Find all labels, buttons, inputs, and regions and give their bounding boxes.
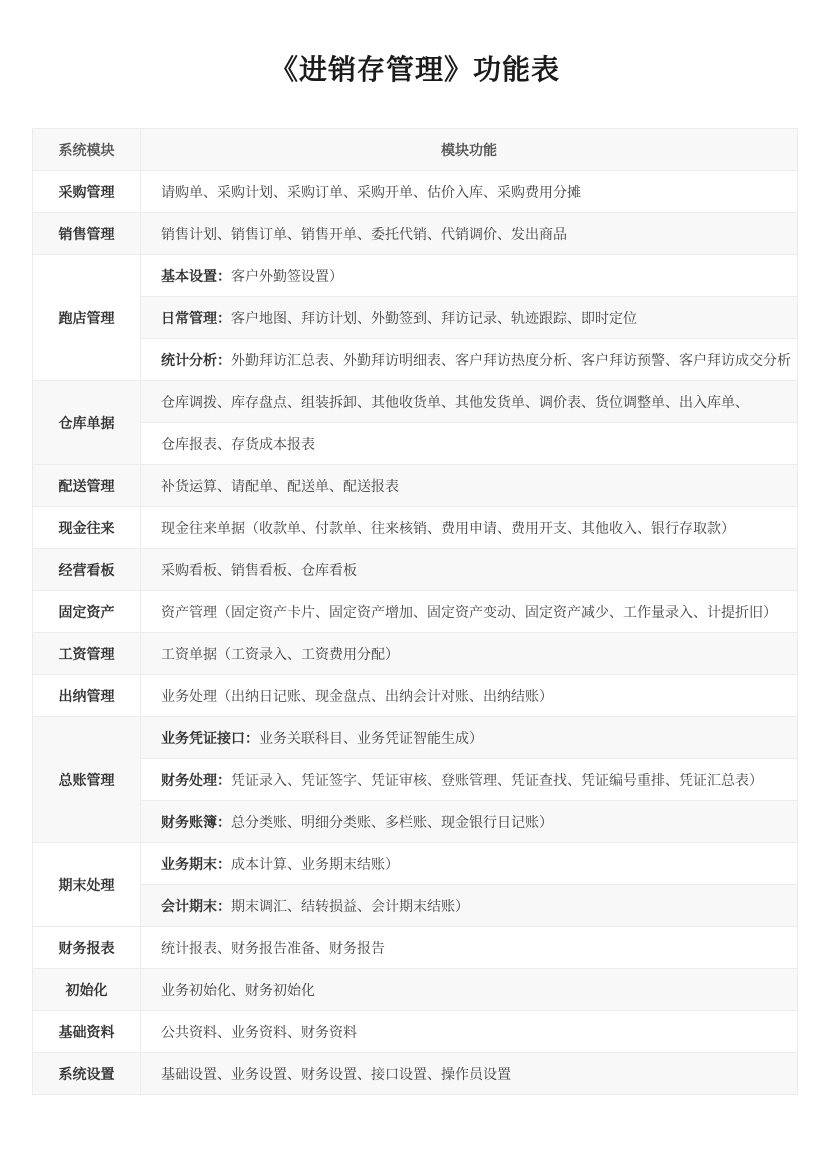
- function-cell: 资产管理（固定资产卡片、固定资产增加、固定资产变动、固定资产减少、工作量录入、计…: [141, 591, 798, 633]
- function-group-label: 日常管理：: [161, 310, 231, 326]
- header-row: 系统模块 模块功能: [33, 129, 798, 171]
- module-cell: 销售管理: [33, 213, 141, 255]
- table-row: 固定资产资产管理（固定资产卡片、固定资产增加、固定资产变动、固定资产减少、工作量…: [33, 591, 798, 633]
- function-text: 业务处理（出纳日记账、现金盘点、出纳会计对账、出纳结账）: [161, 688, 553, 704]
- table-row: 财务处理：凭证录入、凭证签字、凭证审核、登账管理、凭证查找、凭证编号重排、凭证汇…: [33, 759, 798, 801]
- function-cell: 请购单、采购计划、采购订单、采购开单、估价入库、采购费用分摊: [141, 171, 798, 213]
- function-table: 系统模块 模块功能 采购管理请购单、采购计划、采购订单、采购开单、估价入库、采购…: [32, 128, 798, 1095]
- table-head: 系统模块 模块功能: [33, 129, 798, 171]
- function-cell: 补货运算、请配单、配送单、配送报表: [141, 465, 798, 507]
- function-cell: 统计分析：外勤拜访汇总表、外勤拜访明细表、客户拜访热度分析、客户拜访预警、客户拜…: [141, 339, 798, 381]
- function-cell: 会计期末：期末调汇、结转损益、会计期末结账）: [141, 885, 798, 927]
- function-group-label: 财务账簿：: [161, 814, 231, 830]
- function-cell: 业务期末：成本计算、业务期末结账）: [141, 843, 798, 885]
- table-row: 会计期末：期末调汇、结转损益、会计期末结账）: [33, 885, 798, 927]
- table-row: 基础资料公共资料、业务资料、财务资料: [33, 1011, 798, 1053]
- function-cell: 财务账簿：总分类账、明细分类账、多栏账、现金银行日记账）: [141, 801, 798, 843]
- table-row: 财务账簿：总分类账、明细分类账、多栏账、现金银行日记账）: [33, 801, 798, 843]
- function-text: 业务初始化、财务初始化: [161, 982, 315, 998]
- function-cell: 现金往来单据（收款单、付款单、往来核销、费用申请、费用开支、其他收入、银行存取款…: [141, 507, 798, 549]
- function-text: 采购看板、销售看板、仓库看板: [161, 562, 357, 578]
- module-cell: 跑店管理: [33, 255, 141, 381]
- table-row: 财务报表统计报表、财务报告准备、财务报告: [33, 927, 798, 969]
- function-group-label: 财务处理：: [161, 772, 231, 788]
- table-body: 采购管理请购单、采购计划、采购订单、采购开单、估价入库、采购费用分摊销售管理销售…: [33, 171, 798, 1095]
- module-cell: 工资管理: [33, 633, 141, 675]
- module-cell: 基础资料: [33, 1011, 141, 1053]
- table-row: 出纳管理业务处理（出纳日记账、现金盘点、出纳会计对账、出纳结账）: [33, 675, 798, 717]
- module-cell: 固定资产: [33, 591, 141, 633]
- table-row: 销售管理销售计划、销售订单、销售开单、委托代销、代销调价、发出商品: [33, 213, 798, 255]
- function-cell: 公共资料、业务资料、财务资料: [141, 1011, 798, 1053]
- function-cell: 采购看板、销售看板、仓库看板: [141, 549, 798, 591]
- function-cell: 仓库报表、存货成本报表: [141, 423, 798, 465]
- function-text: 凭证录入、凭证签字、凭证审核、登账管理、凭证查找、凭证编号重排、凭证汇总表）: [231, 772, 763, 788]
- function-cell: 基本设置：客户外勤签设置）: [141, 255, 798, 297]
- page: 《进销存管理》功能表 系统模块 模块功能 采购管理请购单、采购计划、采购订单、采…: [0, 0, 830, 1164]
- column-header-functions: 模块功能: [141, 129, 798, 171]
- table-row: 采购管理请购单、采购计划、采购订单、采购开单、估价入库、采购费用分摊: [33, 171, 798, 213]
- table-row: 跑店管理基本设置：客户外勤签设置）: [33, 255, 798, 297]
- module-cell: 仓库单据: [33, 381, 141, 465]
- page-title: 《进销存管理》功能表: [0, 0, 830, 88]
- function-group-label: 会计期末：: [161, 898, 231, 914]
- function-cell: 销售计划、销售订单、销售开单、委托代销、代销调价、发出商品: [141, 213, 798, 255]
- function-text: 销售计划、销售订单、销售开单、委托代销、代销调价、发出商品: [161, 226, 567, 242]
- function-text: 工资单据（工资录入、工资费用分配）: [161, 646, 399, 662]
- module-cell: 期末处理: [33, 843, 141, 927]
- table-row: 统计分析：外勤拜访汇总表、外勤拜访明细表、客户拜访热度分析、客户拜访预警、客户拜…: [33, 339, 798, 381]
- table-row: 总账管理业务凭证接口：业务关联科目、业务凭证智能生成）: [33, 717, 798, 759]
- function-text: 资产管理（固定资产卡片、固定资产增加、固定资产变动、固定资产减少、工作量录入、计…: [161, 604, 777, 620]
- function-cell: 日常管理：客户地图、拜访计划、外勤签到、拜访记录、轨迹跟踪、即时定位: [141, 297, 798, 339]
- function-cell: 工资单据（工资录入、工资费用分配）: [141, 633, 798, 675]
- function-cell: 业务处理（出纳日记账、现金盘点、出纳会计对账、出纳结账）: [141, 675, 798, 717]
- table-row: 日常管理：客户地图、拜访计划、外勤签到、拜访记录、轨迹跟踪、即时定位: [33, 297, 798, 339]
- function-cell: 仓库调拨、库存盘点、组装拆卸、其他收货单、其他发货单、调价表、货位调整单、出入库…: [141, 381, 798, 423]
- module-cell: 系统设置: [33, 1053, 141, 1095]
- function-text: 统计报表、财务报告准备、财务报告: [161, 940, 385, 956]
- function-text: 基础设置、业务设置、财务设置、接口设置、操作员设置: [161, 1066, 511, 1082]
- function-text: 补货运算、请配单、配送单、配送报表: [161, 478, 399, 494]
- module-cell: 初始化: [33, 969, 141, 1011]
- function-text: 成本计算、业务期末结账）: [231, 856, 399, 872]
- function-text: 现金往来单据（收款单、付款单、往来核销、费用申请、费用开支、其他收入、银行存取款…: [161, 520, 735, 536]
- module-cell: 财务报表: [33, 927, 141, 969]
- table-row: 仓库单据仓库调拨、库存盘点、组装拆卸、其他收货单、其他发货单、调价表、货位调整单…: [33, 381, 798, 423]
- module-cell: 总账管理: [33, 717, 141, 843]
- function-text: 仓库报表、存货成本报表: [161, 436, 315, 452]
- function-text: 仓库调拨、库存盘点、组装拆卸、其他收货单、其他发货单、调价表、货位调整单、出入库…: [161, 394, 749, 410]
- function-cell: 基础设置、业务设置、财务设置、接口设置、操作员设置: [141, 1053, 798, 1095]
- module-cell: 采购管理: [33, 171, 141, 213]
- function-cell: 统计报表、财务报告准备、财务报告: [141, 927, 798, 969]
- function-text: 客户地图、拜访计划、外勤签到、拜访记录、轨迹跟踪、即时定位: [231, 310, 637, 326]
- module-cell: 经营看板: [33, 549, 141, 591]
- function-cell: 业务初始化、财务初始化: [141, 969, 798, 1011]
- function-group-label: 业务期末：: [161, 856, 231, 872]
- table-row: 系统设置基础设置、业务设置、财务设置、接口设置、操作员设置: [33, 1053, 798, 1095]
- function-text: 公共资料、业务资料、财务资料: [161, 1024, 357, 1040]
- module-cell: 配送管理: [33, 465, 141, 507]
- function-text: 期末调汇、结转损益、会计期末结账）: [231, 898, 469, 914]
- table-row: 初始化业务初始化、财务初始化: [33, 969, 798, 1011]
- function-cell: 财务处理：凭证录入、凭证签字、凭证审核、登账管理、凭证查找、凭证编号重排、凭证汇…: [141, 759, 798, 801]
- module-cell: 现金往来: [33, 507, 141, 549]
- function-group-label: 基本设置：: [161, 268, 231, 284]
- table-row: 仓库报表、存货成本报表: [33, 423, 798, 465]
- table-row: 现金往来现金往来单据（收款单、付款单、往来核销、费用申请、费用开支、其他收入、银…: [33, 507, 798, 549]
- table-row: 配送管理补货运算、请配单、配送单、配送报表: [33, 465, 798, 507]
- function-text: 请购单、采购计划、采购订单、采购开单、估价入库、采购费用分摊: [161, 184, 581, 200]
- function-cell: 业务凭证接口：业务关联科目、业务凭证智能生成）: [141, 717, 798, 759]
- table-row: 期末处理业务期末：成本计算、业务期末结账）: [33, 843, 798, 885]
- function-text: 业务关联科目、业务凭证智能生成）: [259, 730, 483, 746]
- function-group-label: 业务凭证接口：: [161, 730, 259, 746]
- module-cell: 出纳管理: [33, 675, 141, 717]
- function-text: 总分类账、明细分类账、多栏账、现金银行日记账）: [231, 814, 553, 830]
- table-row: 工资管理工资单据（工资录入、工资费用分配）: [33, 633, 798, 675]
- function-group-label: 统计分析：: [161, 352, 231, 368]
- column-header-module: 系统模块: [33, 129, 141, 171]
- table-row: 经营看板采购看板、销售看板、仓库看板: [33, 549, 798, 591]
- function-text: 客户外勤签设置）: [231, 268, 343, 284]
- function-text: 外勤拜访汇总表、外勤拜访明细表、客户拜访热度分析、客户拜访预警、客户拜访成交分析: [231, 352, 791, 368]
